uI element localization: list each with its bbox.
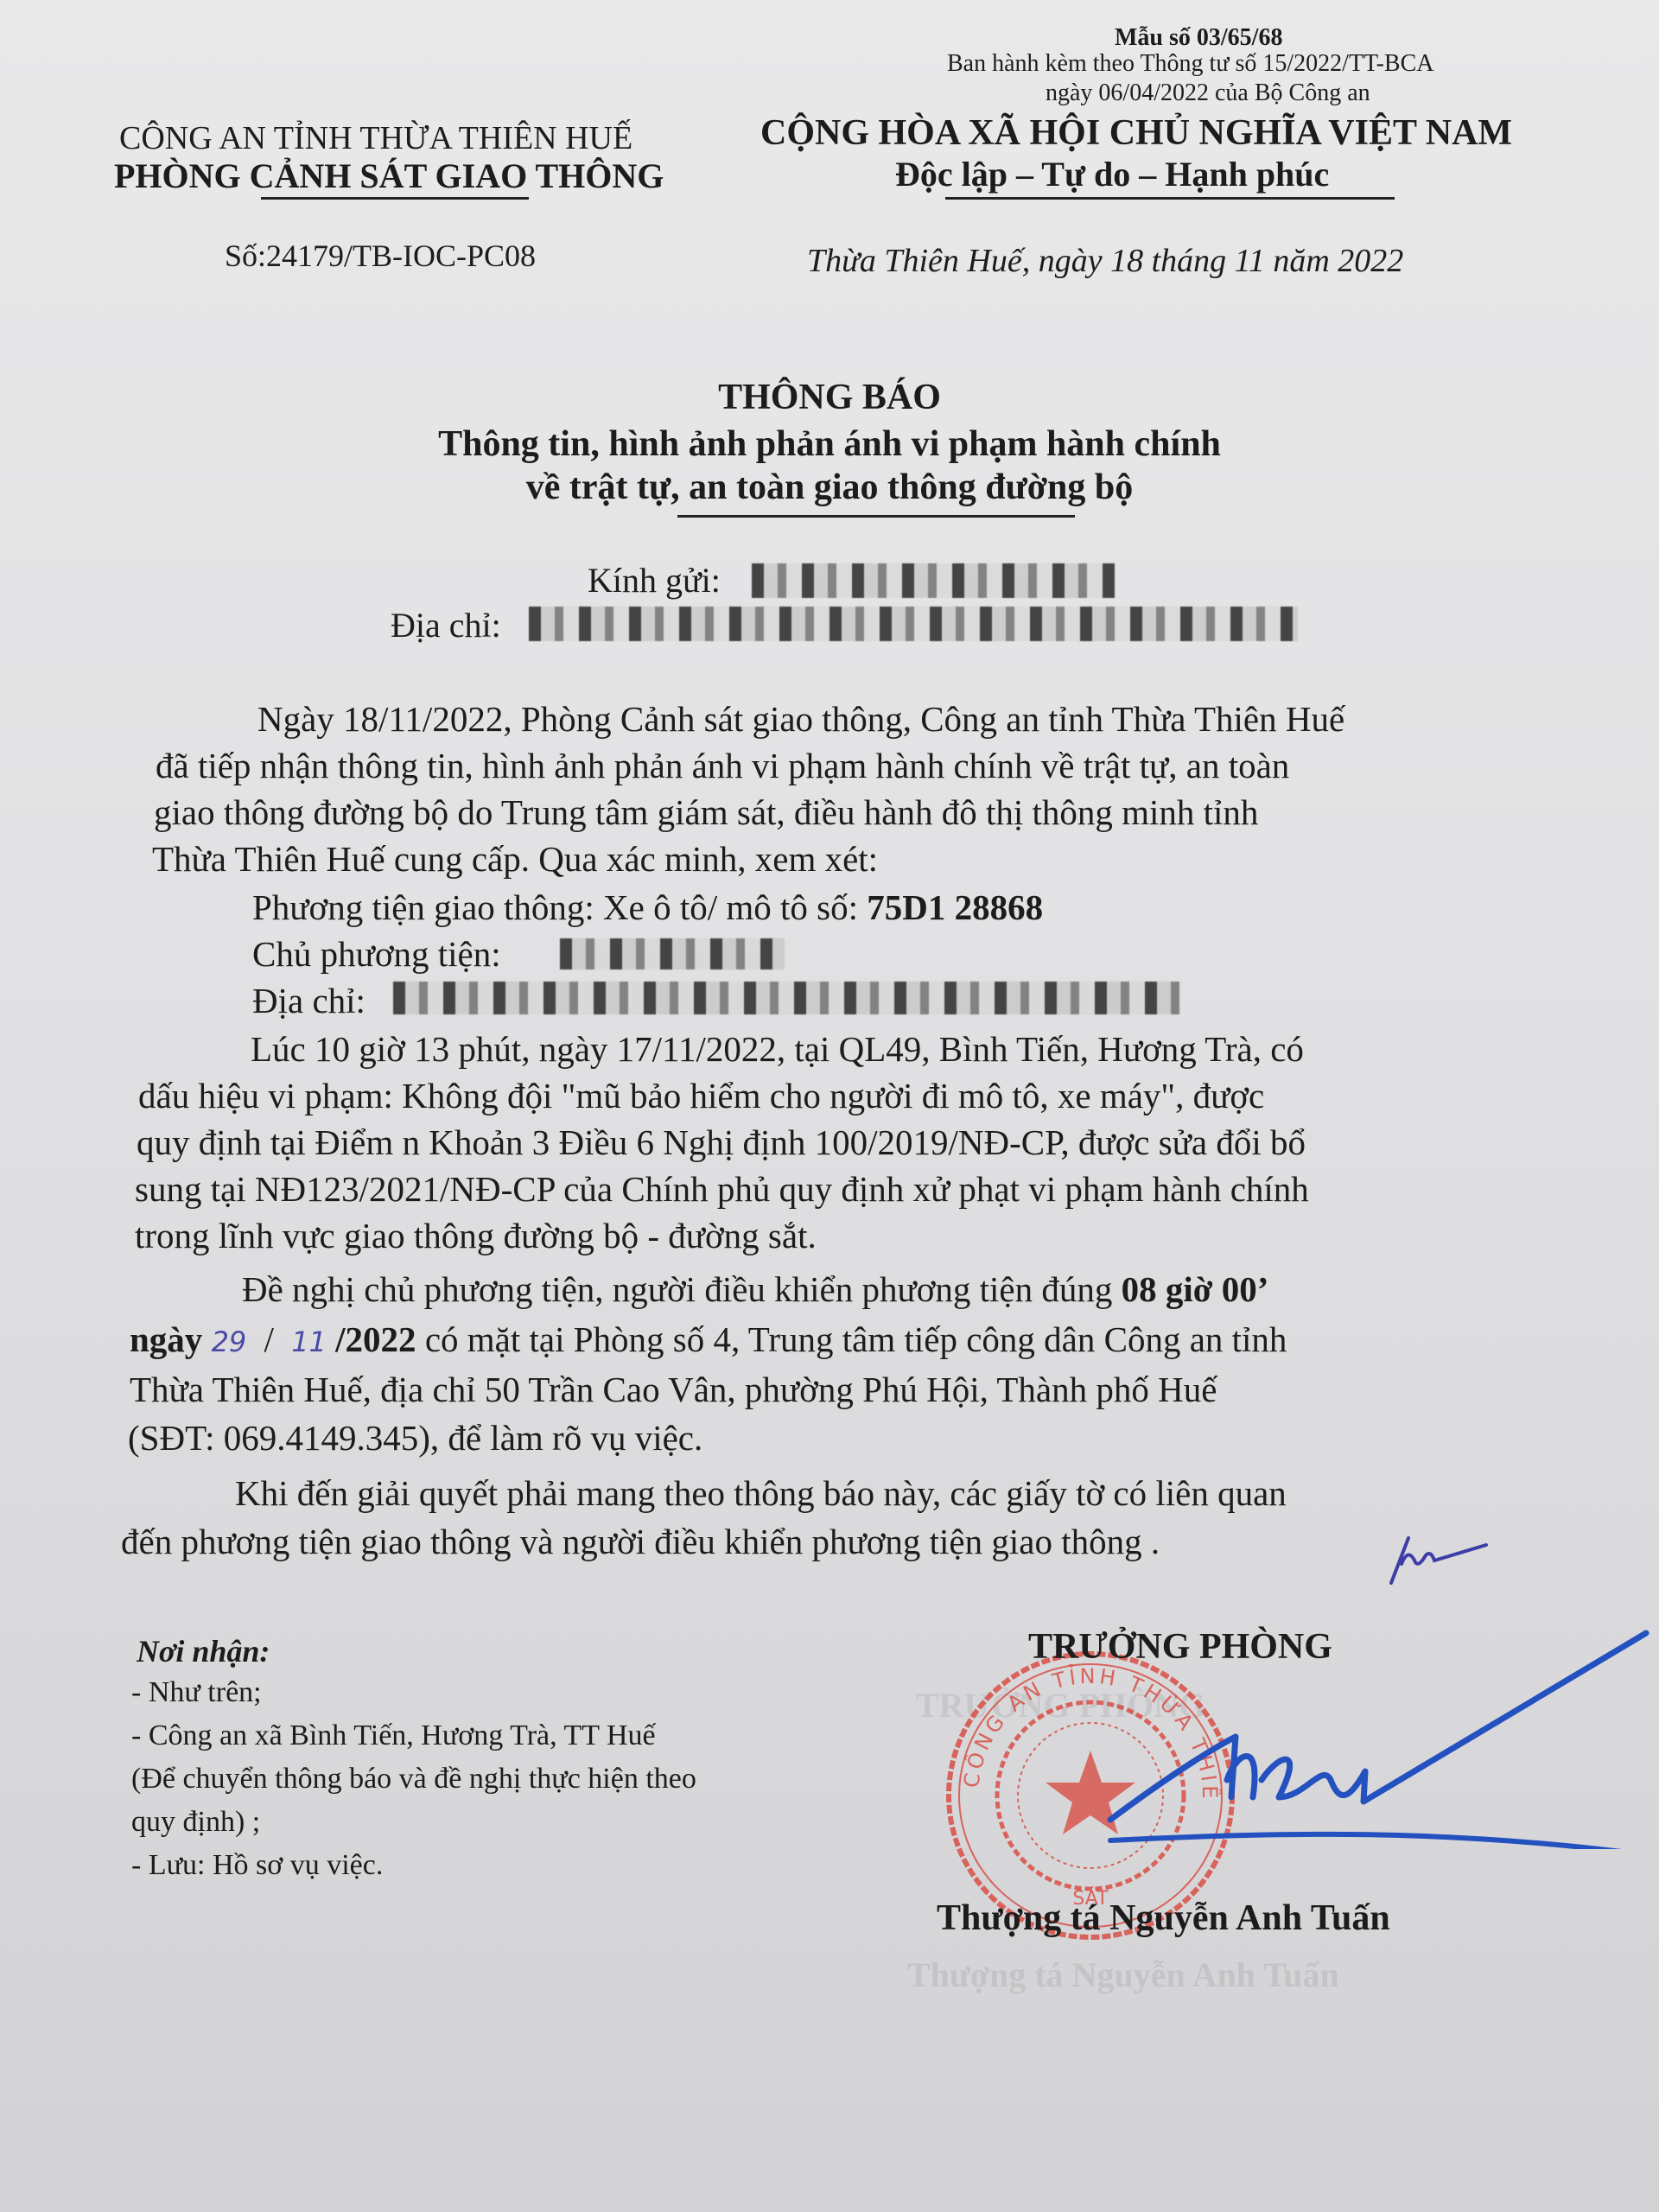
owner-label: Chủ phương tiện: [252, 934, 501, 974]
body-line: Thừa Thiên Huế cung cấp. Qua xác minh, x… [152, 838, 878, 880]
body-line: dấu hiệu vi phạm: Không đội "mũ bảo hiểm… [138, 1075, 1264, 1116]
body-line: Ngày 18/11/2022, Phòng Cảnh sát giao thô… [257, 698, 1344, 740]
appointment-request: Đề nghị chủ phương tiện, người điều khiể… [242, 1269, 1122, 1309]
document-number: Số:24179/TB-IOC-PC08 [225, 238, 536, 274]
country-name: CỘNG HÒA XÃ HỘI CHỦ NGHĨA VIỆT NAM [760, 112, 1512, 154]
agency-name: PHÒNG CẢNH SÁT GIAO THÔNG [114, 156, 664, 196]
body-line: đã tiếp nhận thông tin, hình ảnh phản án… [156, 745, 1289, 786]
body-line: sung tại NĐ123/2021/NĐ-CP của Chính phủ … [135, 1168, 1309, 1210]
address-label: Địa chỉ: [391, 605, 501, 645]
recipient-item: quy định) ; [131, 1806, 260, 1839]
body-line: (SĐT: 069.4149.345), để làm rõ vụ việc. [128, 1417, 702, 1459]
redacted-owner-name [560, 938, 785, 969]
vehicle-label: Phương tiện giao thông: Xe ô tô/ mô tô s… [252, 887, 867, 927]
body-line: ngày 29 / 11 /2022 có mặt tại Phòng số 4… [130, 1319, 1287, 1360]
document-subtitle: về trật tự, an toàn giao thông đường bộ [0, 467, 1659, 508]
bleed-through-text: Thượng tá Nguyễn Anh Tuấn [907, 1955, 1339, 1995]
day-label: ngày [130, 1319, 202, 1359]
handwritten-month: 11 [291, 1325, 327, 1358]
divider [261, 197, 529, 200]
owner-line: Chủ phương tiện: [252, 933, 501, 975]
recipient-item: - Như trên; [131, 1676, 262, 1709]
appointment-place: có mặt tại Phòng số 4, Trung tâm tiếp cô… [416, 1319, 1287, 1359]
national-motto: Độc lập – Tự do – Hạnh phúc [895, 154, 1329, 194]
to-label: Kính gửi: [588, 560, 721, 601]
recipients-heading: Nơi nhận: [137, 1633, 270, 1669]
owner-address-label: Địa chỉ: [252, 980, 365, 1021]
redacted-recipient-address [529, 607, 1298, 641]
form-note: Ban hành kèm theo Thông tư số 15/2022/TT… [947, 50, 1434, 78]
body-line: Thừa Thiên Huế, địa chỉ 50 Trần Cao Vân,… [130, 1369, 1217, 1410]
signature-icon [1020, 1624, 1659, 1849]
divider [945, 197, 1395, 200]
body-line: quy định tại Điểm n Khoản 3 Điều 6 Nghị … [137, 1122, 1306, 1163]
body-line: đến phương tiện giao thông và người điều… [121, 1521, 1160, 1562]
vehicle-line: Phương tiện giao thông: Xe ô tô/ mô tô s… [252, 887, 1043, 928]
document-subtitle: Thông tin, hình ảnh phản ánh vi phạm hàn… [0, 423, 1659, 465]
handwritten-initial-icon [1382, 1529, 1495, 1590]
recipient-item: (Để chuyển thông báo và đề nghị thực hiệ… [131, 1763, 696, 1796]
body-line: Đề nghị chủ phương tiện, người điều khiể… [242, 1268, 1268, 1310]
form-number: Mẫu số 03/65/68 [1115, 24, 1282, 52]
license-plate: 75D1 28868 [867, 887, 1043, 927]
document-title: THÔNG BÁO [0, 377, 1659, 418]
body-line: Khi đến giải quyết phải mang theo thông … [235, 1472, 1287, 1514]
body-line: trong lĩnh vực giao thông đường bộ - đườ… [135, 1215, 817, 1256]
handwritten-day: 29 [212, 1325, 247, 1358]
appointment-time: 08 giờ 00’ [1122, 1269, 1269, 1309]
divider [677, 515, 1075, 518]
form-note: ngày 06/04/2022 của Bộ Công an [1046, 79, 1370, 107]
signer-name: Thượng tá Nguyễn Anh Tuấn [937, 1897, 1390, 1939]
place-date: Thừa Thiên Huế, ngày 18 tháng 11 năm 202… [807, 242, 1403, 280]
redacted-recipient-name [752, 563, 1115, 598]
body-line: Lúc 10 giờ 13 phút, ngày 17/11/2022, tại… [251, 1028, 1304, 1070]
appointment-year: /2022 [335, 1319, 416, 1359]
agency-parent: CÔNG AN TỈNH THỪA THIÊN HUẾ [119, 119, 632, 157]
redacted-owner-address [393, 982, 1179, 1014]
recipient-item: - Công an xã Bình Tiến, Hương Trà, TT Hu… [131, 1719, 656, 1752]
body-line: giao thông đường bộ do Trung tâm giám sá… [154, 791, 1258, 833]
recipient-item: - Lưu: Hồ sơ vụ việc. [131, 1849, 383, 1882]
